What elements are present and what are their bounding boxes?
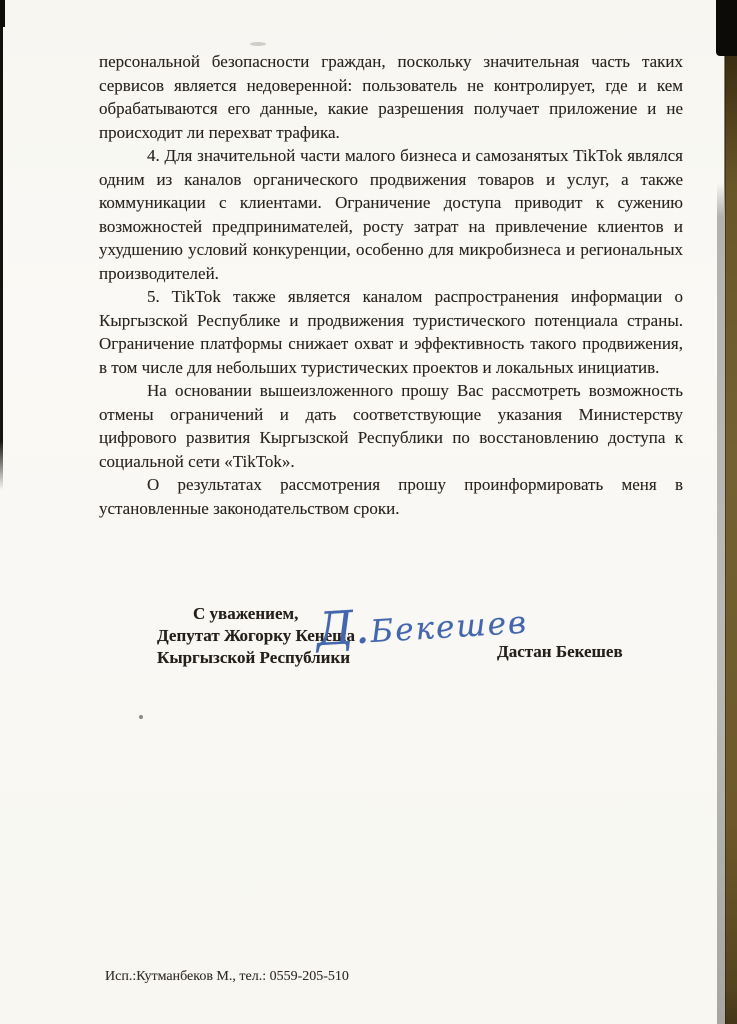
scan-artifact-right-edge-gray-stripe: [717, 183, 725, 1024]
body-paragraph: 4. Для значительной части малого бизнеса…: [99, 144, 683, 285]
scan-artifact-smudge: [250, 42, 266, 46]
scan-artifact-top-right-corner: [716, 0, 737, 56]
scan-artifact-left-edge-line: [0, 0, 3, 490]
executor-footer-line: Исп.:Кутманбеков М., тел.: 0559-205-510: [105, 969, 349, 985]
body-paragraph: О результатах рассмотрения прошу проинфо…: [99, 473, 683, 520]
signature-initial: Д.: [315, 599, 372, 656]
signatory-typed-name: Дастан Бекешев: [497, 642, 623, 662]
scan-artifact-top-left-corner: [0, 0, 5, 27]
scan-artifact-speck: [139, 715, 143, 719]
scan-artifact-right-edge-brown-band: [725, 0, 737, 1024]
body-paragraph: На основании вышеизложенного прошу Вас р…: [99, 379, 683, 473]
body-paragraph: 5. TikTok также является каналом распрос…: [99, 285, 683, 379]
body-paragraph: персональной безопасности граждан, поско…: [99, 50, 683, 144]
scanned-letter-page: персональной безопасности граждан, поско…: [0, 0, 737, 1024]
letter-body: персональной безопасности граждан, поско…: [99, 50, 683, 520]
